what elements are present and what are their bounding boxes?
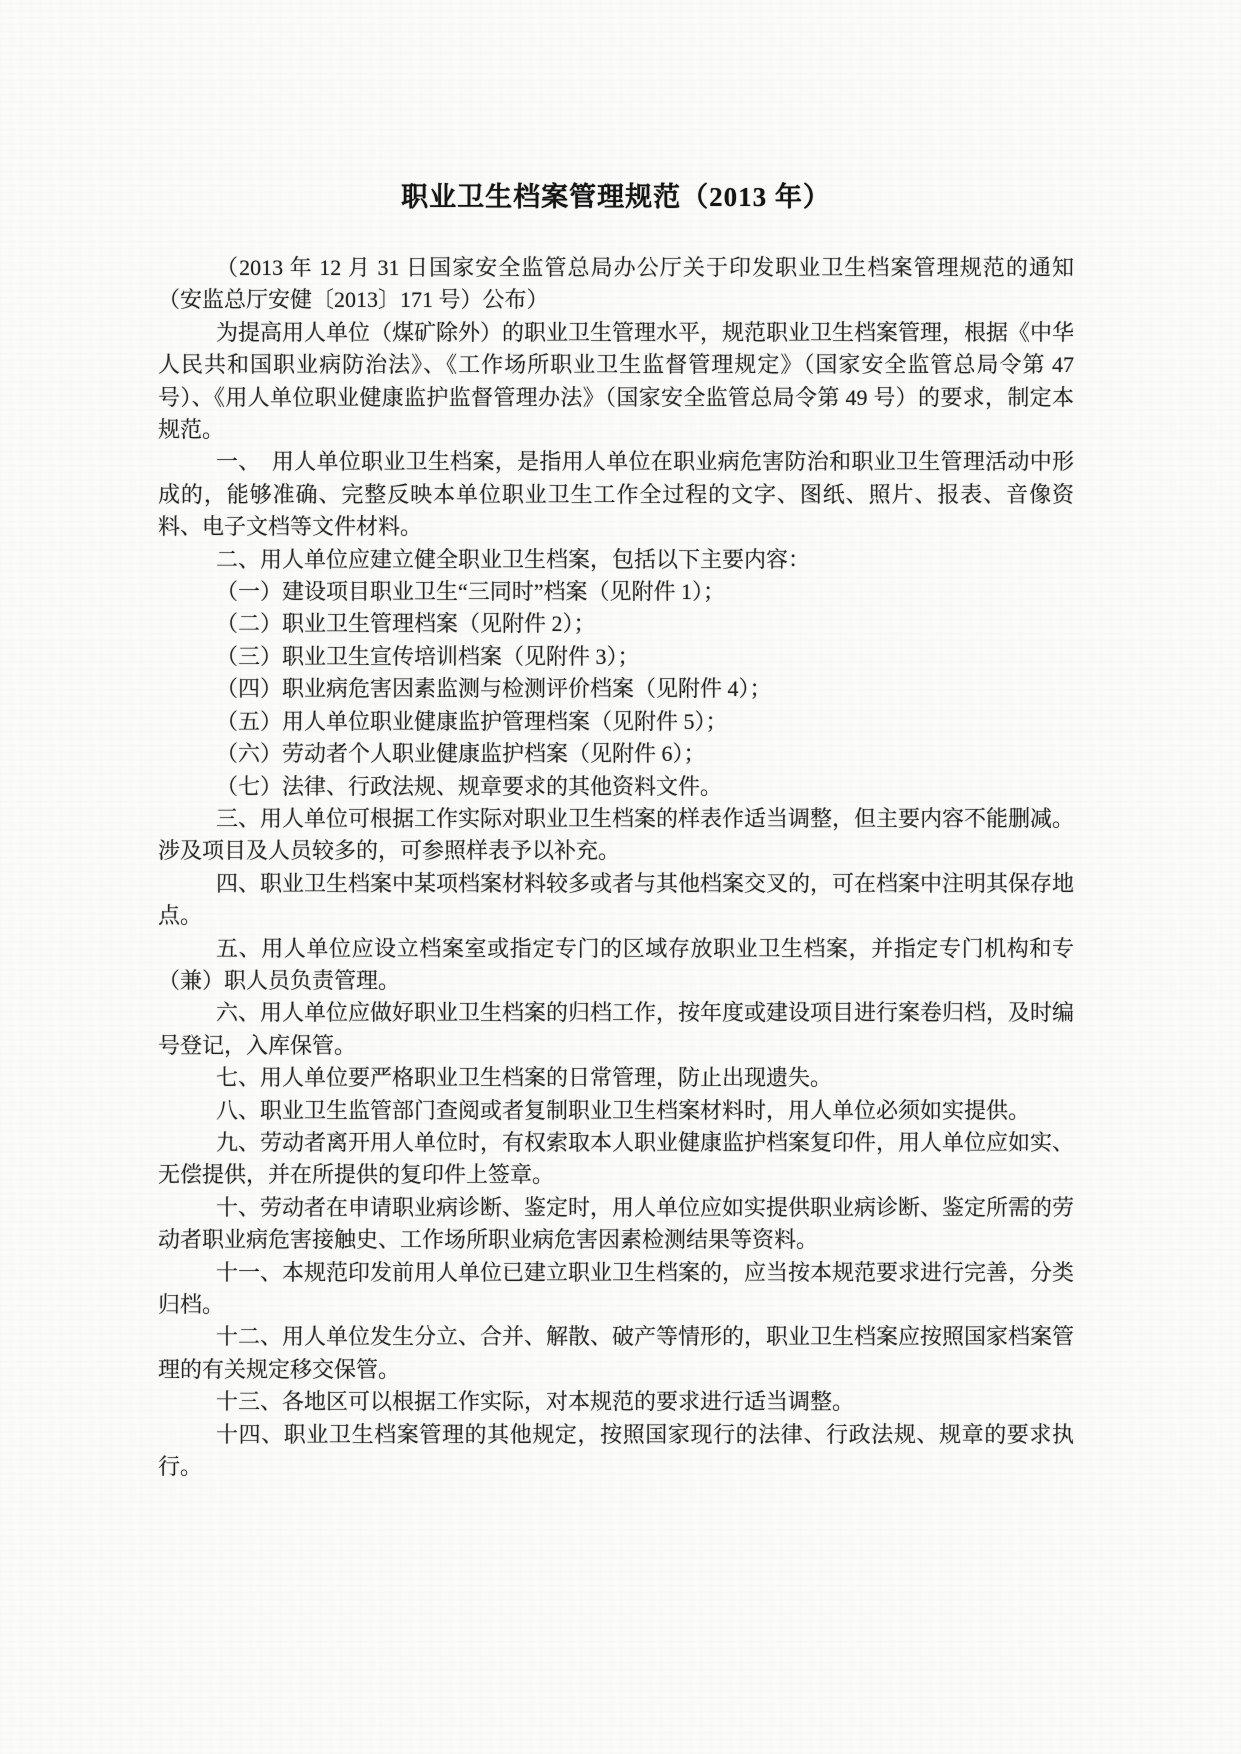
document-body: （2013 年 12 月 31 日国家安全监管总局办公厅关于印发职业卫生档案管理… [158, 252, 1074, 1483]
paragraph-article-14: 十四、职业卫生档案管理的其他规定，按照国家现行的法律、行政法规、规章的要求执行。 [158, 1419, 1074, 1484]
paragraph-article-9: 九、劳动者离开用人单位时，有权索取本人职业健康监护档案复印件，用人单位应如实、无… [158, 1127, 1074, 1192]
paragraph-article-5: 五、用人单位应设立档案室或指定专门的区域存放职业卫生档案，并指定专门机构和专（兼… [158, 933, 1074, 998]
paragraph-article-2-item-3: （三）职业卫生宣传培训档案（见附件 3）； [158, 641, 1074, 673]
paragraph-article-2-item-4: （四）职业病危害因素监测与检测评价档案（见附件 4）； [158, 673, 1074, 705]
document-content: 职业卫生档案管理规范（2013 年） （2013 年 12 月 31 日国家安全… [158, 180, 1074, 1483]
scanned-document-page: 职业卫生档案管理规范（2013 年） （2013 年 12 月 31 日国家安全… [0, 0, 1241, 1754]
paragraph-article-2-item-1: （一）建设项目职业卫生“三同时”档案（见附件 1）； [158, 576, 1074, 608]
paragraph-article-2-item-5: （五）用人单位职业健康监护管理档案（见附件 5）； [158, 706, 1074, 738]
paragraph-article-3: 三、用人单位可根据工作实际对职业卫生档案的样表作适当调整，但主要内容不能删减。涉… [158, 803, 1074, 868]
paragraph-article-1: 一、 用人单位职业卫生档案，是指用人单位在职业病危害防治和职业卫生管理活动中形成… [158, 446, 1074, 543]
paragraph-article-7: 七、用人单位要严格职业卫生档案的日常管理，防止出现遗失。 [158, 1062, 1074, 1094]
paragraph-article-10: 十、劳动者在申请职业病诊断、鉴定时，用人单位应如实提供职业病诊断、鉴定所需的劳动… [158, 1192, 1074, 1257]
paragraph-article-4: 四、职业卫生档案中某项档案材料较多或者与其他档案交叉的，可在档案中注明其保存地点… [158, 868, 1074, 933]
document-title: 职业卫生档案管理规范（2013 年） [158, 180, 1074, 214]
paragraph-purpose: 为提高用人单位（煤矿除外）的职业卫生管理水平，规范职业卫生档案管理，根据《中华人… [158, 317, 1074, 447]
paragraph-article-8: 八、职业卫生监管部门查阅或者复制职业卫生档案材料时，用人单位必须如实提供。 [158, 1095, 1074, 1127]
paragraph-article-11: 十一、本规范印发前用人单位已建立职业卫生档案的，应当按本规范要求进行完善，分类归… [158, 1257, 1074, 1322]
paragraph-article-2-item-6: （六）劳动者个人职业健康监护档案（见附件 6）； [158, 738, 1074, 770]
paragraph-article-6: 六、用人单位应做好职业卫生档案的归档工作，按年度或建设项目进行案卷归档，及时编号… [158, 997, 1074, 1062]
paragraph-preamble-notice: （2013 年 12 月 31 日国家安全监管总局办公厅关于印发职业卫生档案管理… [158, 252, 1074, 317]
paragraph-article-2-item-7: （七）法律、行政法规、规章要求的其他资料文件。 [158, 771, 1074, 803]
paragraph-article-2: 二、用人单位应建立健全职业卫生档案，包括以下主要内容： [158, 544, 1074, 576]
paragraph-article-12: 十二、用人单位发生分立、合并、解散、破产等情形的，职业卫生档案应按照国家档案管理… [158, 1321, 1074, 1386]
paragraph-article-2-item-2: （二）职业卫生管理档案（见附件 2）； [158, 608, 1074, 640]
paragraph-article-13: 十三、各地区可以根据工作实际，对本规范的要求进行适当调整。 [158, 1386, 1074, 1418]
